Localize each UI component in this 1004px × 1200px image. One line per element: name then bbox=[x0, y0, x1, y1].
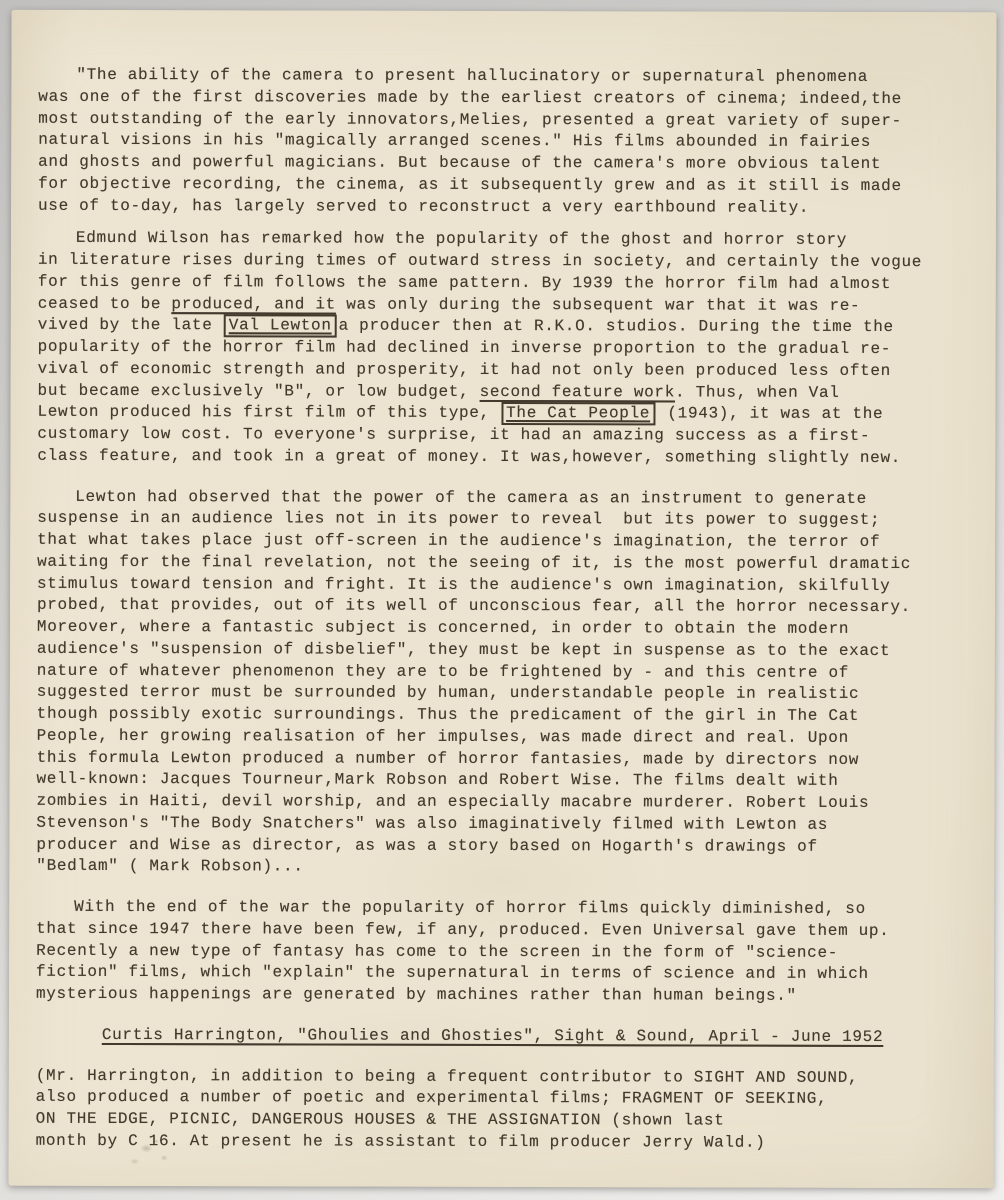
text-line: ON THE EDGE, PICNIC, DANGEROUS HOUSES & … bbox=[36, 1109, 966, 1133]
quote-opening-paragraph: "The ability of the camera to present ha… bbox=[38, 65, 968, 220]
text-run: for objective recording, the cinema, as … bbox=[38, 175, 902, 195]
text-line: People, her growing realisation of her i… bbox=[37, 726, 967, 750]
text-line: Lewton had observed that the power of th… bbox=[37, 486, 967, 510]
text-run: class feature, and took in a great of mo… bbox=[37, 447, 901, 467]
text-line: Edmund Wilson has remarked how the popul… bbox=[38, 228, 968, 252]
text-run: Edmund Wilson has remarked how the popul… bbox=[76, 229, 847, 249]
text-line: mysterious happenings are generated by m… bbox=[36, 984, 966, 1008]
text-run: audience's "suspension of disbelief", th… bbox=[37, 640, 890, 660]
document-page: "The ability of the camera to present ha… bbox=[8, 10, 996, 1189]
text-run: mysterious happenings are generated by m… bbox=[36, 985, 797, 1005]
text-line: suggested terror must be surrounded by h… bbox=[37, 682, 967, 706]
text-line: but became exclusively "B", or low budge… bbox=[38, 380, 968, 404]
attribution-line: Curtis Harrington, "Ghoulies and Ghostie… bbox=[36, 1025, 966, 1049]
text-run: vival of economic strength and prosperit… bbox=[38, 360, 891, 380]
text-line: producer and Wise as director, as was a … bbox=[36, 834, 966, 858]
text-run: vived by the late bbox=[38, 316, 223, 334]
text-line: Stevenson's "The Body Snatchers" was als… bbox=[36, 813, 966, 837]
text-line: "The ability of the camera to present ha… bbox=[38, 65, 968, 89]
text-run: suspense in an audience lies not in its … bbox=[37, 509, 880, 529]
text-run: waiting for the final revelation, not th… bbox=[37, 553, 911, 573]
text-run: Stevenson's "The Body Snatchers" was als… bbox=[36, 814, 828, 834]
text-run: well-known: Jacques Tourneur,Mark Robson… bbox=[37, 770, 839, 790]
text-line: zombies in Haiti, devil worship, and an … bbox=[36, 791, 966, 815]
text-run: Moreover, where a fantastic subject is c… bbox=[37, 618, 849, 638]
text-run: People, her growing realisation of her i… bbox=[37, 727, 849, 747]
text-line: that since 1947 there have been few, if … bbox=[36, 919, 966, 943]
text-line: popularity of the horror film had declin… bbox=[38, 337, 968, 361]
text-run: but became exclusively "B", or low budge… bbox=[38, 381, 480, 400]
text-run: was one of the first discoveries made by… bbox=[38, 88, 902, 108]
text-line: audience's "suspension of disbelief", th… bbox=[37, 639, 967, 663]
text-run: zombies in Haiti, devil worship, and an … bbox=[36, 792, 869, 812]
text-line: fiction" films, which "explain" the supe… bbox=[36, 962, 966, 986]
text-line: most outstanding of the early innovators… bbox=[38, 108, 968, 132]
text-run: (Mr. Harrington, in addition to being a … bbox=[36, 1066, 859, 1086]
text-line: Recently a new type of fantasy has come … bbox=[36, 940, 966, 964]
text-run: Lewton had observed that the power of th… bbox=[75, 487, 867, 507]
text-line: stimulus toward tension and fright. It i… bbox=[37, 573, 967, 597]
boxed-title-cat-people: The Cat People bbox=[501, 402, 655, 425]
text-line: "Bedlam" ( Mark Robson)... bbox=[36, 856, 966, 880]
text-run: popularity of the horror film had declin… bbox=[38, 338, 891, 358]
underlined-text: produced, and it bbox=[171, 295, 336, 313]
text-line: for objective recording, the cinema, as … bbox=[38, 174, 968, 198]
text-run: Recently a new type of fantasy has come … bbox=[36, 941, 838, 961]
editor-note-paragraph: (Mr. Harrington, in addition to being a … bbox=[36, 1065, 966, 1154]
text-run: natural visions in his "magically arrang… bbox=[38, 131, 871, 151]
text-line: vived by the late Val Lewtona producer t… bbox=[38, 315, 968, 339]
text-run: fiction" films, which "explain" the supe… bbox=[36, 963, 869, 983]
text-run: in literature rises during times of outw… bbox=[38, 251, 922, 271]
text-line: ceased to be produced, and it was only d… bbox=[38, 293, 968, 317]
text-run: Lewton produced his first film of this t… bbox=[37, 403, 500, 422]
text-run: . Thus, when Val bbox=[675, 383, 840, 401]
text-run: also produced a number of poetic and exp… bbox=[36, 1088, 828, 1108]
text-line: use of to-day, has largely served to rec… bbox=[38, 195, 968, 219]
text-run: With the end of the war the popularity o… bbox=[74, 898, 866, 918]
text-run: that what takes place just off-screen in… bbox=[37, 531, 880, 551]
photo-backdrop: "The ability of the camera to present ha… bbox=[0, 0, 1004, 1200]
text-run: use of to-day, has largely served to rec… bbox=[38, 196, 809, 216]
text-line: month by C 16. At present he is assistan… bbox=[36, 1131, 966, 1155]
text-line: and ghosts and powerful magicians. But b… bbox=[38, 152, 968, 176]
underlined-text: second feature work bbox=[480, 382, 675, 401]
document-body: "The ability of the camera to present ha… bbox=[36, 65, 969, 1174]
text-line: waiting for the final revelation, not th… bbox=[37, 552, 967, 576]
suspense-theory-paragraph: Lewton had observed that the power of th… bbox=[36, 486, 967, 880]
text-run: month by C 16. At present he is assistan… bbox=[36, 1132, 766, 1152]
text-run: that since 1947 there have been few, if … bbox=[36, 920, 889, 940]
text-line: Moreover, where a fantastic subject is c… bbox=[37, 617, 967, 641]
text-run: customary low cost. To everyone's surpri… bbox=[37, 425, 870, 445]
text-run: though possibly exotic surroundings. Thu… bbox=[37, 705, 860, 725]
text-line: though possibly exotic surroundings. Thu… bbox=[37, 704, 967, 728]
postwar-decline-paragraph: With the end of the war the popularity o… bbox=[36, 897, 966, 1008]
text-line: probed, that provides, out of its well o… bbox=[37, 595, 967, 619]
text-run: ON THE EDGE, PICNIC, DANGEROUS HOUSES & … bbox=[36, 1110, 725, 1130]
text-run: this formula Lewton produced a number of… bbox=[37, 748, 860, 768]
boxed-title-val-lewton: Val Lewton bbox=[224, 315, 337, 338]
lewton-history-paragraph: Edmund Wilson has remarked how the popul… bbox=[37, 228, 968, 470]
text-line: (Mr. Harrington, in addition to being a … bbox=[36, 1065, 966, 1089]
text-run: (1943), it was at the bbox=[657, 405, 883, 424]
text-line: this formula Lewton produced a number of… bbox=[37, 747, 967, 771]
text-line: well-known: Jacques Tourneur,Mark Robson… bbox=[36, 769, 966, 793]
text-run: and ghosts and powerful magicians. But b… bbox=[38, 153, 881, 173]
text-run: ceased to be bbox=[38, 294, 172, 312]
text-run: probed, that provides, out of its well o… bbox=[37, 596, 911, 616]
text-run: a producer then at R.K.O. studios. Durin… bbox=[339, 317, 894, 336]
text-line: also produced a number of poetic and exp… bbox=[36, 1087, 966, 1111]
text-run: Curtis Harrington, "Ghoulies and Ghostie… bbox=[102, 1026, 883, 1046]
text-line: was one of the first discoveries made by… bbox=[38, 87, 968, 111]
text-line: Curtis Harrington, "Ghoulies and Ghostie… bbox=[102, 1025, 966, 1049]
text-line: vival of economic strength and prosperit… bbox=[38, 359, 968, 383]
text-run: most outstanding of the early innovators… bbox=[38, 109, 902, 129]
text-run: suggested terror must be surrounded by h… bbox=[37, 683, 860, 703]
text-line: natural visions in his "magically arrang… bbox=[38, 130, 968, 154]
text-run: "Bedlam" ( Mark Robson)... bbox=[36, 857, 303, 876]
text-line: nature of whatever phenomenon they are t… bbox=[37, 660, 967, 684]
text-line: customary low cost. To everyone's surpri… bbox=[37, 424, 967, 448]
text-line: suspense in an audience lies not in its … bbox=[37, 508, 967, 532]
text-line: for this genre of film follows the same … bbox=[38, 272, 968, 296]
text-run: was only during the subsequent war that … bbox=[336, 295, 860, 314]
text-line: Lewton produced his first film of this t… bbox=[37, 402, 967, 426]
text-run: producer and Wise as director, as was a … bbox=[36, 835, 817, 855]
text-run: for this genre of film follows the same … bbox=[38, 273, 891, 293]
text-run: stimulus toward tension and fright. It i… bbox=[37, 574, 890, 594]
text-run: "The ability of the camera to present ha… bbox=[76, 66, 868, 86]
text-line: With the end of the war the popularity o… bbox=[36, 897, 966, 921]
text-run: nature of whatever phenomenon they are t… bbox=[37, 661, 849, 681]
text-line: that what takes place just off-screen in… bbox=[37, 530, 967, 554]
text-line: class feature, and took in a great of mo… bbox=[37, 446, 967, 470]
text-line: in literature rises during times of outw… bbox=[38, 250, 968, 274]
